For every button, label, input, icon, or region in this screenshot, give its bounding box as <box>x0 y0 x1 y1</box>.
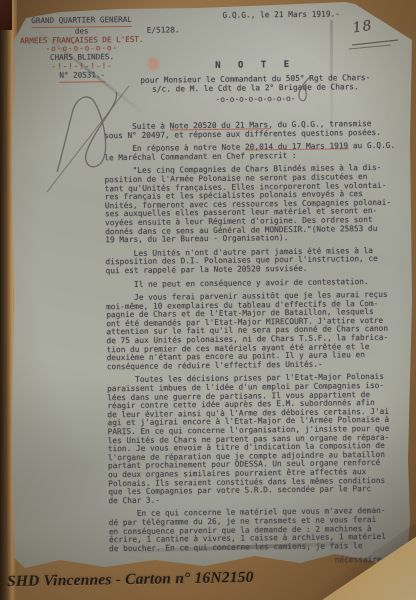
paragraph-7: Toutes les décisions prises par l'Etat-M… <box>107 373 411 506</box>
paragraph-5: Il ne peut en conséquence y avoir de con… <box>106 277 408 289</box>
reference-number: E/5128. <box>147 25 180 34</box>
note-title: N O T E <box>115 59 395 72</box>
paragraph-2: En réponse à notre Note 20,014 du 17 Mar… <box>104 142 406 163</box>
body-text-column: Suite à Note 20520 du 21 Mars, du G.Q.G.… <box>104 120 411 568</box>
handwritten-page-number: 18 <box>352 18 374 37</box>
paragraph-6: Je vous ferai parvenir aussitôt que je l… <box>106 291 409 372</box>
paragraph-8: En ce qui concerne le matériel que vous … <box>109 507 412 554</box>
section-separator: -o-o-o-o-o-o-o-o- <box>110 93 402 106</box>
document-content: GRAND QUARTIER GENERAL des ARMEES FRANÇA… <box>0 0 416 600</box>
letterhead: GRAND QUARTIER GENERAL des ARMEES FRANÇA… <box>19 16 146 83</box>
archive-photo: GRAND QUARTIER GENERAL des ARMEES FRANÇA… <box>0 0 416 600</box>
dateline: G.Q.G., le 21 Mars 1919.- <box>222 9 339 19</box>
paragraph-3-quote: "Les cinq Compagnies de Chars Blindés mi… <box>104 164 407 245</box>
paragraph-4: Les Unités n'ont d'autre part jamais été… <box>105 246 407 275</box>
paragraph-1: Suite à Note 20520 du 21 Mars, du G.Q.G.… <box>104 120 406 141</box>
